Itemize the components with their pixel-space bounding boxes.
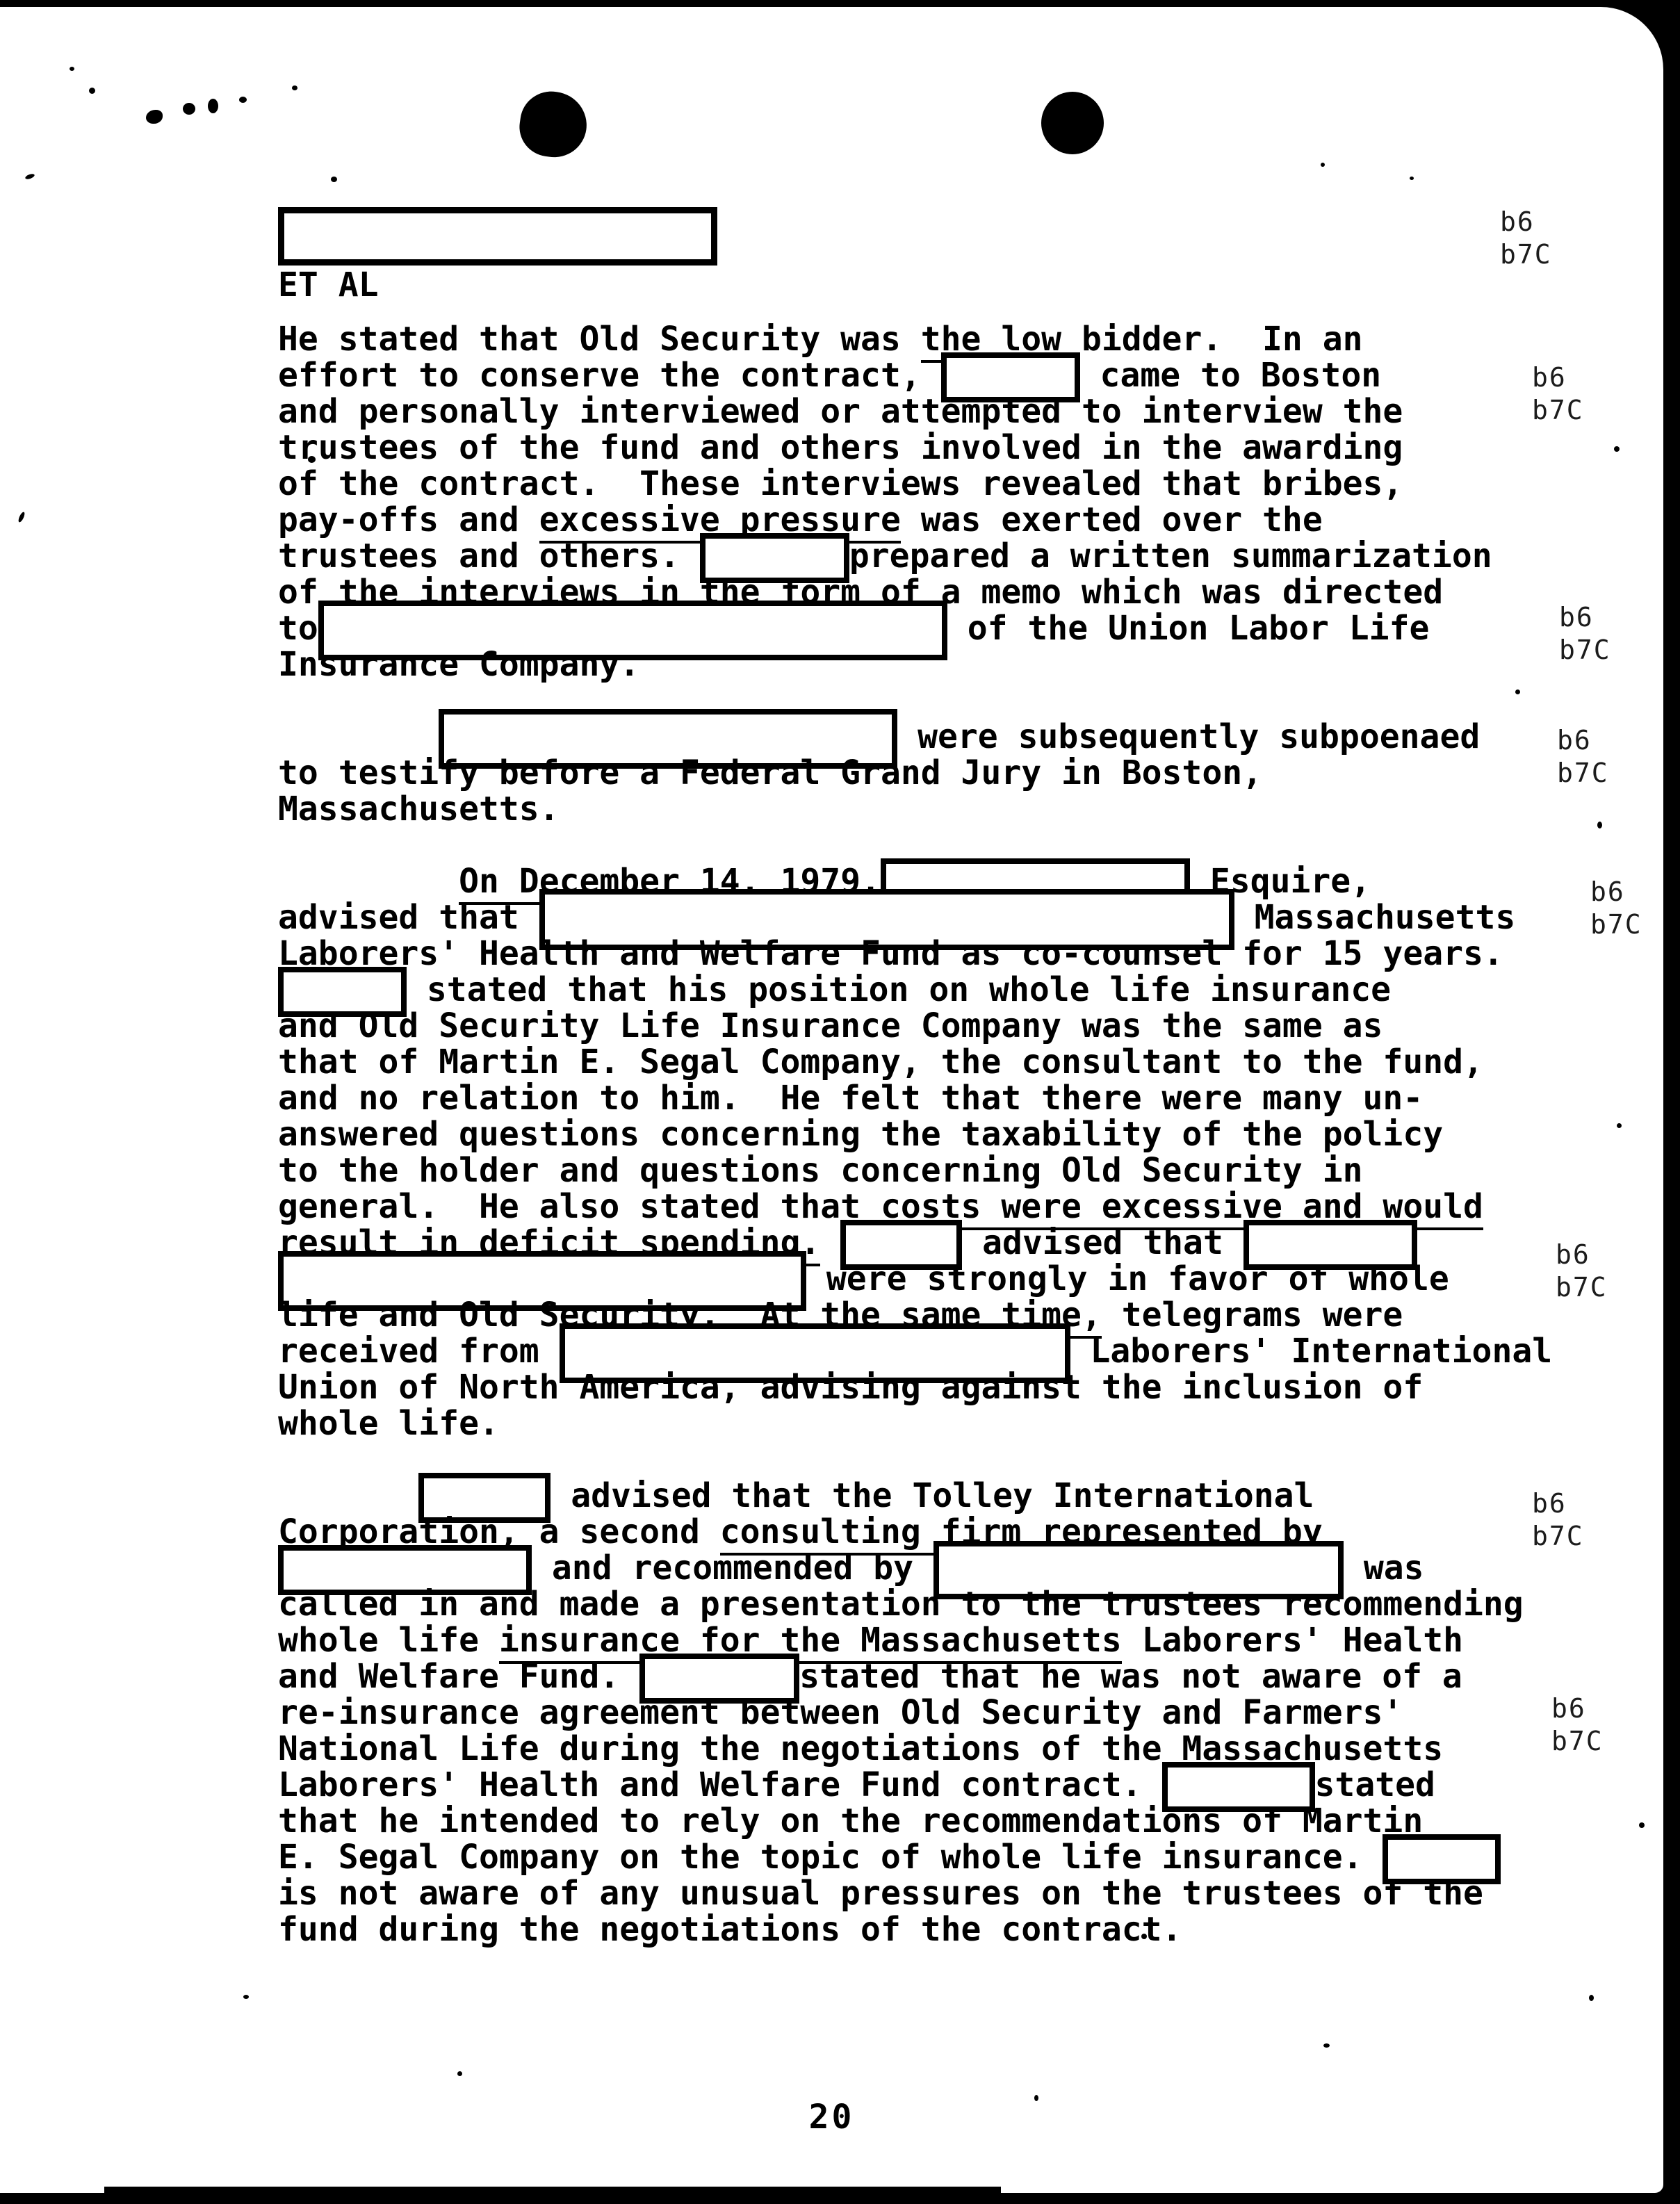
- text-run: telegrams were: [1102, 1296, 1403, 1334]
- ink-speck: [17, 511, 26, 523]
- exemption-code: b7C: [1559, 634, 1611, 667]
- exemption-code: b6: [1500, 206, 1552, 238]
- exemption-codes: b6b7C: [1590, 876, 1642, 941]
- document-body: ET AL He stated that Old Security was th…: [278, 207, 1543, 1984]
- exemption-code: b7C: [1556, 1271, 1608, 1304]
- text-line: and no relation to him. He felt that the…: [278, 1080, 1543, 1116]
- text-line: He stated that Old Security was the low …: [278, 321, 1543, 357]
- text-line: whole life.: [278, 1405, 1543, 1442]
- ink-speck: [89, 88, 95, 94]
- ink-speck: [457, 2071, 462, 2076]
- text-run: to testify before a Federal Grand Jury i…: [278, 753, 1262, 792]
- exemption-codes: b6b7C: [1532, 361, 1584, 427]
- text-run: advised that the Tolley International: [551, 1476, 1314, 1515]
- text-line: to the holder and questions concerning O…: [278, 1152, 1543, 1189]
- text-run: He stated that Old Security was: [278, 320, 921, 359]
- hole-punch-mark: [1041, 92, 1104, 154]
- ink-speck: [1323, 2043, 1330, 2048]
- text-run: and Old Security Life Insurance Company …: [278, 1006, 1383, 1045]
- text-line: to of the Union Labor Life: [278, 610, 1543, 646]
- text-line: stated that his position on whole life i…: [278, 972, 1543, 1008]
- text-line: National Life during the negotiations of…: [278, 1731, 1543, 1767]
- text-run: prepared a written summarization: [849, 537, 1492, 576]
- text-run: Massachusetts: [1234, 898, 1516, 937]
- text-run: a memo which was directed: [921, 573, 1443, 612]
- scanned-document: { "header": { "redaction_box": {"w": 632…: [0, 0, 1680, 2204]
- text-line: pay-offs and excessive pressure was exer…: [278, 502, 1543, 538]
- text-line: that he intended to rely on the recommen…: [278, 1803, 1543, 1839]
- text-run: is not aware of any unusual pressures on…: [278, 1874, 1483, 1913]
- exemption-codes: b6b7C: [1551, 1692, 1604, 1758]
- text-line: and Welfare Fund. stated that he was not…: [278, 1658, 1543, 1695]
- paragraph: advised that the Tolley InternationalCor…: [278, 1478, 1543, 1948]
- text-run: Laborers' Health and Welfare Fund contra…: [278, 1765, 1162, 1804]
- text-run: whole life.: [278, 1404, 499, 1443]
- exemption-code: b6: [1590, 876, 1642, 908]
- ink-speck: [208, 99, 218, 113]
- text-run: answered questions concerning the taxabi…: [278, 1115, 1443, 1154]
- text-line: Laborers' Health and Welfare Fund contra…: [278, 1767, 1543, 1803]
- exemption-code: b6: [1559, 601, 1611, 634]
- exemption-code: b6: [1557, 724, 1609, 757]
- ink-speck: [1589, 1995, 1594, 2001]
- text-run: trustees of the fund and others involved…: [278, 428, 1403, 467]
- text-run: that of Martin E. Segal Company, the con…: [278, 1043, 1483, 1081]
- text-run: of the contract. These interviews reveal…: [278, 464, 1403, 503]
- ink-speck: [1639, 1822, 1645, 1828]
- text-run: and recommended by: [532, 1549, 933, 1587]
- text-run: trustees and others.: [278, 537, 700, 576]
- exemption-code: b7C: [1532, 394, 1584, 427]
- ink-speck: [183, 103, 195, 115]
- text-run: bidder. In an: [1061, 320, 1362, 359]
- text-run: stated: [1315, 1765, 1435, 1804]
- paragraph: On December 14, 1979, Esquire,advised th…: [278, 863, 1543, 1442]
- ink-speck: [1597, 822, 1602, 828]
- exemption-code: b6: [1532, 361, 1584, 394]
- text-run: re-insurance agreement between Old Secur…: [278, 1693, 1403, 1732]
- text-run: Laborers' Health and Welfare Fund as co-…: [278, 934, 1503, 973]
- text-run: called in and made a presentation to the…: [278, 1585, 1524, 1624]
- text-run: E. Segal Company on the topic of whole l…: [278, 1838, 1383, 1877]
- text-run: [278, 717, 439, 756]
- text-line: and personally interviewed or attempted …: [278, 393, 1543, 430]
- exemption-code: b6: [1556, 1239, 1608, 1271]
- exemption-codes: b6b7C: [1559, 601, 1611, 667]
- text-run: general. He also stated that: [278, 1187, 881, 1226]
- text-run: effort to conserve the contract,: [278, 356, 941, 395]
- text-run: to: [278, 609, 318, 648]
- text-line: trustees of the fund and others involved…: [278, 430, 1543, 466]
- text-line: were strongly in favor of whole: [278, 1261, 1543, 1297]
- text-run: Insurance Company.: [278, 645, 639, 684]
- exemption-code: b7C: [1590, 908, 1642, 941]
- text-run: [278, 1476, 418, 1515]
- ink-speck: [70, 67, 74, 71]
- text-run: whole life: [278, 1621, 499, 1660]
- document-page: ET AL He stated that Old Security was th…: [0, 7, 1663, 2193]
- text-line: Laborers' Health and Welfare Fund as co-…: [278, 936, 1543, 972]
- text-line: re-insurance agreement between Old Secur…: [278, 1695, 1543, 1731]
- scan-edge-artifact: [104, 2187, 1001, 2195]
- ink-speck: [243, 1995, 249, 1999]
- text-run: came to Boston: [1080, 356, 1381, 395]
- text-line: called in and made a presentation to the…: [278, 1586, 1543, 1622]
- redaction-box: [278, 207, 717, 266]
- ink-speck: [292, 85, 297, 90]
- text-run: a second: [519, 1512, 720, 1551]
- text-run: and personally interviewed or attempted …: [278, 392, 1403, 431]
- text-run: Laborers' Health: [1122, 1621, 1463, 1660]
- ink-speck: [1321, 163, 1325, 167]
- text-line: were subsequently subpoenaed: [278, 719, 1543, 755]
- text-line: effort to conserve the contract, came to…: [278, 357, 1543, 393]
- text-run: of the Union Labor Life: [947, 609, 1430, 648]
- text-line: advised that Massachusetts: [278, 899, 1543, 936]
- ink-speck: [331, 177, 337, 182]
- text-line: whole life insurance for the Massachuset…: [278, 1622, 1543, 1658]
- text-run: stated that he was not aware of a: [799, 1657, 1462, 1696]
- text-line: advised that the Tolley International: [278, 1478, 1543, 1514]
- text-line: and recommended by was: [278, 1550, 1543, 1586]
- ink-speck: [1617, 1123, 1622, 1128]
- text-run: pay-offs and: [278, 500, 539, 539]
- text-run: Union of North America, advising against…: [278, 1368, 1423, 1407]
- text-run: fund during the negotiations of the cont…: [278, 1910, 1182, 1949]
- text-run: that he intended to rely on the recommen…: [278, 1802, 1423, 1840]
- text-line: trustees and others. prepared a written …: [278, 538, 1543, 574]
- text-run: stated that his position on whole life i…: [407, 970, 1391, 1009]
- text-line: that of Martin E. Segal Company, the con…: [278, 1044, 1543, 1080]
- text-line: is not aware of any unusual pressures on…: [278, 1875, 1543, 1911]
- text-line: of the contract. These interviews reveal…: [278, 466, 1543, 502]
- text-line: Union of North America, advising against…: [278, 1369, 1543, 1405]
- text-line: E. Segal Company on the topic of whole l…: [278, 1839, 1543, 1875]
- text-line: Massachusetts.: [278, 791, 1543, 827]
- ink-speck: [239, 97, 247, 103]
- exemption-code: b6: [1532, 1487, 1584, 1520]
- text-run: were subsequently subpoenaed: [897, 717, 1480, 756]
- text-run: and Welfare Fund.: [278, 1657, 639, 1696]
- paragraphs-container: He stated that Old Security was the low …: [278, 321, 1543, 1948]
- ink-speck: [24, 173, 35, 180]
- ink-speck: [146, 110, 163, 124]
- ink-speck: [1410, 177, 1414, 180]
- paragraph: were subsequently subpoenaedto testify b…: [278, 719, 1543, 827]
- exemption-code: b7C: [1532, 1520, 1584, 1553]
- text-line: answered questions concerning the taxabi…: [278, 1116, 1543, 1152]
- text-run: to the holder and questions concerning O…: [278, 1151, 1363, 1190]
- ink-speck: [1614, 446, 1620, 452]
- text-run: were strongly in favor of whole: [806, 1259, 1449, 1298]
- text-run: [278, 862, 459, 901]
- exemption-code: b7C: [1551, 1725, 1604, 1758]
- case-caption: ET AL: [278, 267, 1543, 303]
- text-run: was exerted over the: [901, 500, 1323, 539]
- text-run: advised that: [962, 1223, 1243, 1262]
- exemption-codes: b6b7C: [1556, 1239, 1608, 1304]
- exemption-code: b6: [1551, 1692, 1604, 1725]
- text-run: and no relation to him. He felt that the…: [278, 1079, 1423, 1118]
- text-run: Laborers' International: [1070, 1332, 1553, 1371]
- paragraph: He stated that Old Security was the low …: [278, 321, 1543, 683]
- exemption-code: b7C: [1500, 238, 1552, 271]
- exemption-codes: b6b7C: [1500, 206, 1552, 271]
- text-run: advised that: [278, 898, 539, 937]
- text-line: to testify before a Federal Grand Jury i…: [278, 755, 1543, 791]
- hole-punch-mark: [516, 88, 591, 161]
- page-number: 20: [0, 2098, 1663, 2137]
- text-run: Massachusetts.: [278, 790, 560, 828]
- text-run: received from: [278, 1332, 560, 1371]
- text-line: and Old Security Life Insurance Company …: [278, 1008, 1543, 1044]
- text-line: fund during the negotiations of the cont…: [278, 1911, 1543, 1948]
- text-run: [820, 1223, 840, 1262]
- exemption-codes: b6b7C: [1532, 1487, 1584, 1553]
- exemption-codes: b6b7C: [1557, 724, 1609, 790]
- exemption-code: b7C: [1557, 757, 1609, 790]
- text-line: received from Laborers' International: [278, 1333, 1543, 1369]
- text-run: was: [1344, 1549, 1424, 1587]
